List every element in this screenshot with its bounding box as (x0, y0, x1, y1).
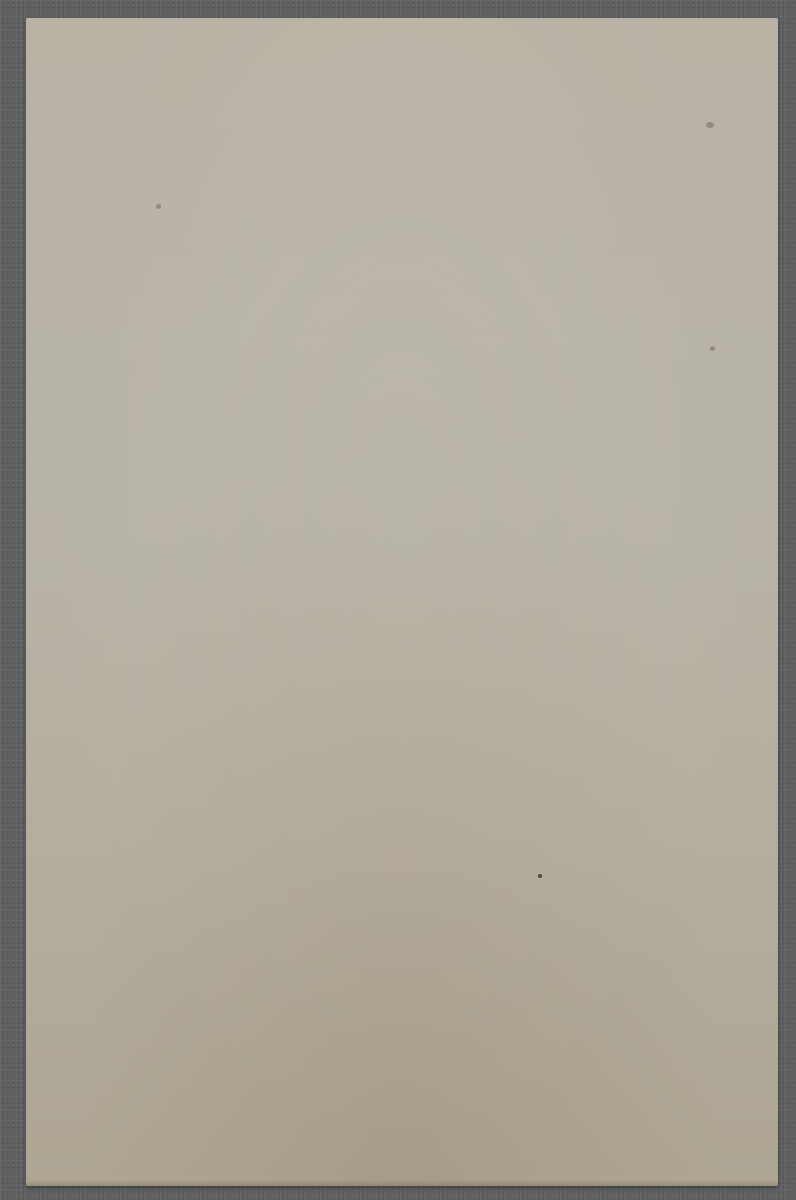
edge-wear (26, 1180, 778, 1186)
foxing-spot (156, 204, 161, 209)
blank-card-back (26, 18, 778, 1186)
foxing-spot (710, 346, 715, 351)
foxing-spot (706, 122, 714, 128)
foxing-spot (538, 874, 542, 878)
